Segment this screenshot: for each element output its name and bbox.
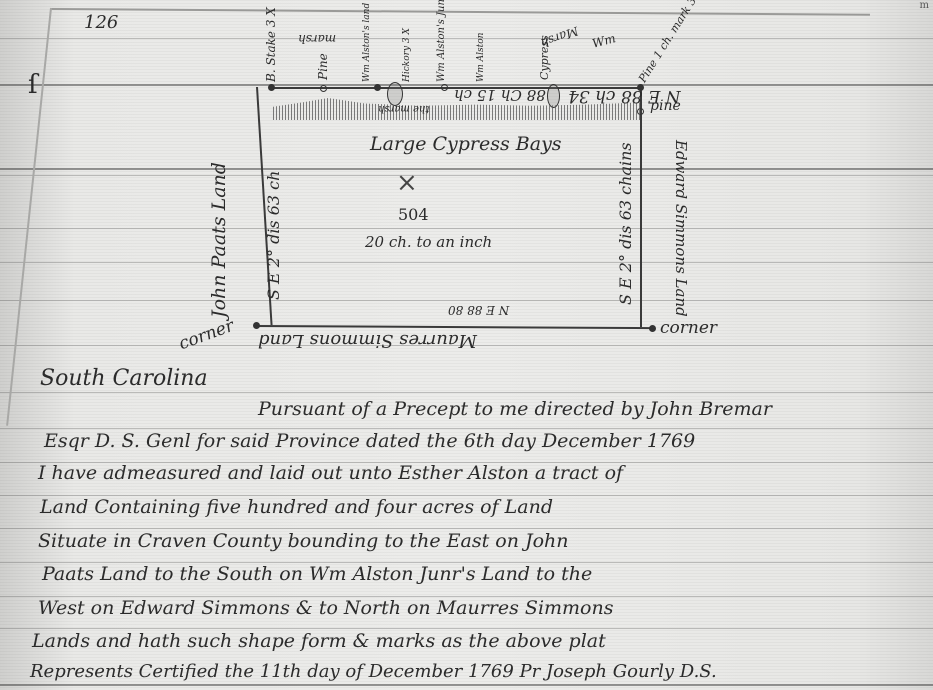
pine-label: pine: [650, 98, 681, 114]
certificate-line: Land Containing five hundred and four ac…: [40, 496, 553, 518]
acreage: 504: [398, 205, 429, 224]
certificate-line: Pursuant of a Precept to me directed by …: [258, 398, 772, 420]
north-line-bearing-left: 88 Ch 15 ch: [454, 86, 546, 104]
top-label: Wm: [591, 31, 618, 51]
east-line-bearing: S E 2° dis 63 chains: [616, 142, 635, 305]
margin-mark: ſ: [28, 70, 38, 100]
scale-label: 20 ch. to an inch: [365, 233, 492, 251]
top-label: Pine: [316, 53, 330, 80]
certificate-line: Esqr D. S. Genl for said Province dated …: [44, 430, 695, 452]
marker: [441, 84, 448, 91]
certificate-line: Paats Land to the South on Wm Alston Jun…: [42, 563, 592, 585]
ledger-rule: [0, 262, 933, 263]
top-label: Marsh: [539, 24, 581, 51]
west-line-bearing: S E 2° dis 63 ch: [264, 171, 283, 300]
top-label: Wm Alston's Junr: [436, 0, 447, 82]
certificate-line: I have admeasured and laid out unto Esth…: [38, 462, 623, 484]
ledger-rule: [0, 175, 933, 176]
top-label: B. Stake 3 X: [264, 7, 278, 82]
corner-mark: m: [920, 0, 929, 11]
ledger-rule: [0, 392, 933, 393]
east-boundary-owner: Edward Simmons Land: [672, 140, 690, 317]
top-label: Wm Alston's land: [362, 3, 372, 82]
corner-marker: [374, 84, 381, 91]
top-label: marsh: [298, 32, 336, 46]
cypress-tree-marker: [547, 84, 560, 108]
top-label: Hickory 3 X: [402, 28, 412, 82]
certificate-line: Lands and hath such shape form & marks a…: [32, 630, 606, 652]
ledger-rule: [0, 300, 933, 301]
x-mark: ×: [396, 168, 418, 198]
certificate-line: Situate in Craven County bounding to the…: [38, 530, 569, 552]
ledger-rule: [0, 628, 933, 629]
corner-marker: [253, 322, 260, 329]
ledger-rule: [0, 38, 933, 39]
certificate-line: West on Edward Simmons & to North on Mau…: [38, 597, 613, 619]
west-boundary-owner: John Paats Land: [208, 162, 230, 318]
top-label: Wm Alston: [476, 33, 486, 82]
south-line-bearing: N E 88 80: [448, 303, 509, 317]
corner-label-right: corner: [660, 318, 717, 338]
marsh-label: the marsh: [378, 103, 429, 114]
ledger-rule: [0, 684, 933, 686]
certificate-line: Represents Certified the 11th day of Dec…: [30, 661, 717, 682]
south-boundary-line: [257, 325, 652, 329]
south-boundary-owner: Maurres Simmons Land: [258, 330, 477, 351]
corner-marker: [649, 325, 656, 332]
east-boundary-line: [640, 87, 642, 327]
ledger-rule: [0, 228, 933, 229]
document-page: 126 m ſ Large Cypress Bays × 504 20 ch. …: [0, 0, 933, 690]
interior-label: Large Cypress Bays: [370, 133, 562, 155]
ledger-rule: [0, 428, 933, 429]
page-top-edge: [50, 8, 870, 16]
ledger-rule: [0, 528, 933, 529]
pine-marker: [320, 85, 327, 92]
page-number: 126: [84, 12, 118, 33]
corner-marker: [268, 84, 275, 91]
certificate-heading: South Carolina: [40, 366, 208, 391]
corner-label-left: corner: [176, 316, 236, 354]
ledger-rule: [0, 168, 933, 170]
